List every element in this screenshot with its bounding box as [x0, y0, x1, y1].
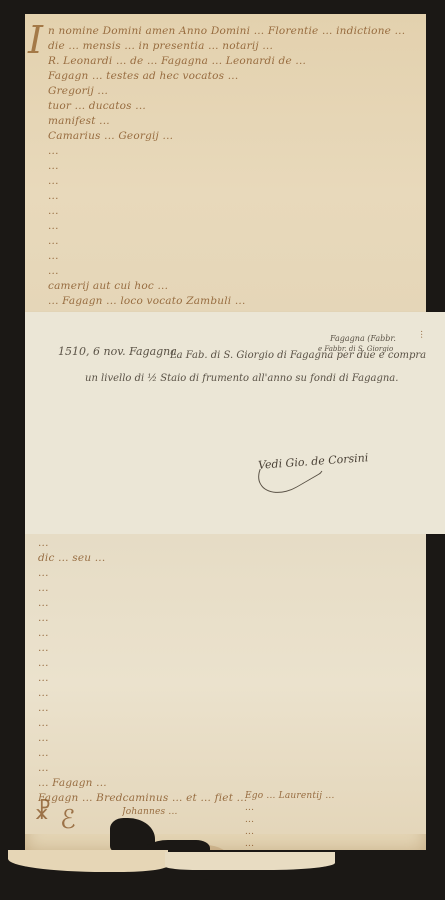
notary-signum-icon: ☧ [34, 800, 51, 825]
text-line: ... Fagagn ... [38, 776, 418, 791]
lower-text-block: ... dic ... seu ... ... ... ... ... ... … [38, 536, 418, 806]
margin-note: ... [418, 330, 428, 339]
text-line: Ego ... Laurentij ... [245, 790, 420, 802]
note-line-2: un livello di ½ Staio di frumento all'an… [85, 373, 398, 384]
text-line: ... [38, 581, 418, 596]
text-line: dic ... seu ... [38, 551, 418, 566]
text-line: ... [245, 826, 420, 838]
note-date-place: 1510, 6 nov. Fagagna [58, 345, 177, 358]
text-line: manifest ... [48, 114, 418, 129]
text-line: ... [245, 802, 420, 814]
text-line: die ... mensis ... in presentia ... nota… [48, 39, 418, 54]
notary-right-block: Ego ... Laurentij ... ... ... ... ... [245, 790, 420, 850]
text-line: ... [38, 716, 418, 731]
text-line: n nomine Domini amen Anno Domini ... Flo… [48, 24, 418, 39]
text-line: ... [48, 174, 418, 189]
notary-left-text: Johannes ... [122, 805, 212, 820]
text-line: camerij aut cui hoc ... [48, 279, 418, 294]
text-line: Gregorij ... [48, 84, 418, 99]
text-line: ... [48, 264, 418, 279]
text-line: ... [38, 671, 418, 686]
text-line: ... [38, 746, 418, 761]
text-line: ... Fagagn ... loco vocato Zambuli ... [48, 294, 418, 309]
text-line: ... [48, 249, 418, 264]
text-line: ... [38, 731, 418, 746]
text-line: ... [38, 596, 418, 611]
text-line: ... [48, 144, 418, 159]
text-line: Fagagn ... testes ad hec vocatos ... [48, 69, 418, 84]
text-line: ... [38, 566, 418, 581]
text-line: ... [38, 761, 418, 776]
text-line: tuor ... ducatos ... [48, 99, 418, 114]
text-line: ... [38, 611, 418, 626]
decorated-initial: I [28, 18, 43, 62]
corner-note-1: Fagagna (Fabbr. [330, 334, 396, 343]
text-line: ... [48, 234, 418, 249]
text-line: ... [48, 219, 418, 234]
text-line: ... [48, 189, 418, 204]
text-line: ... [245, 814, 420, 826]
text-line: ... [38, 701, 418, 716]
text-line: ... [38, 686, 418, 701]
text-line: Camarius ... Georgij ... [48, 129, 418, 144]
text-line: ... [48, 159, 418, 174]
corner-note-2: e Fabbr. di S. Giorgio [318, 345, 393, 353]
torn-fragment [165, 852, 335, 870]
notary-flourish-icon: ℰ [60, 805, 76, 835]
text-line: ... [38, 656, 418, 671]
text-line: ... [38, 536, 418, 551]
upper-text-block: n nomine Domini amen Anno Domini ... Flo… [48, 24, 418, 309]
text-line: ... [38, 626, 418, 641]
text-line: R. Leonardi ... de ... Fagagna ... Leona… [48, 54, 418, 69]
text-line: ... [38, 641, 418, 656]
text-line: ... [48, 204, 418, 219]
text-line: ... [245, 838, 420, 850]
